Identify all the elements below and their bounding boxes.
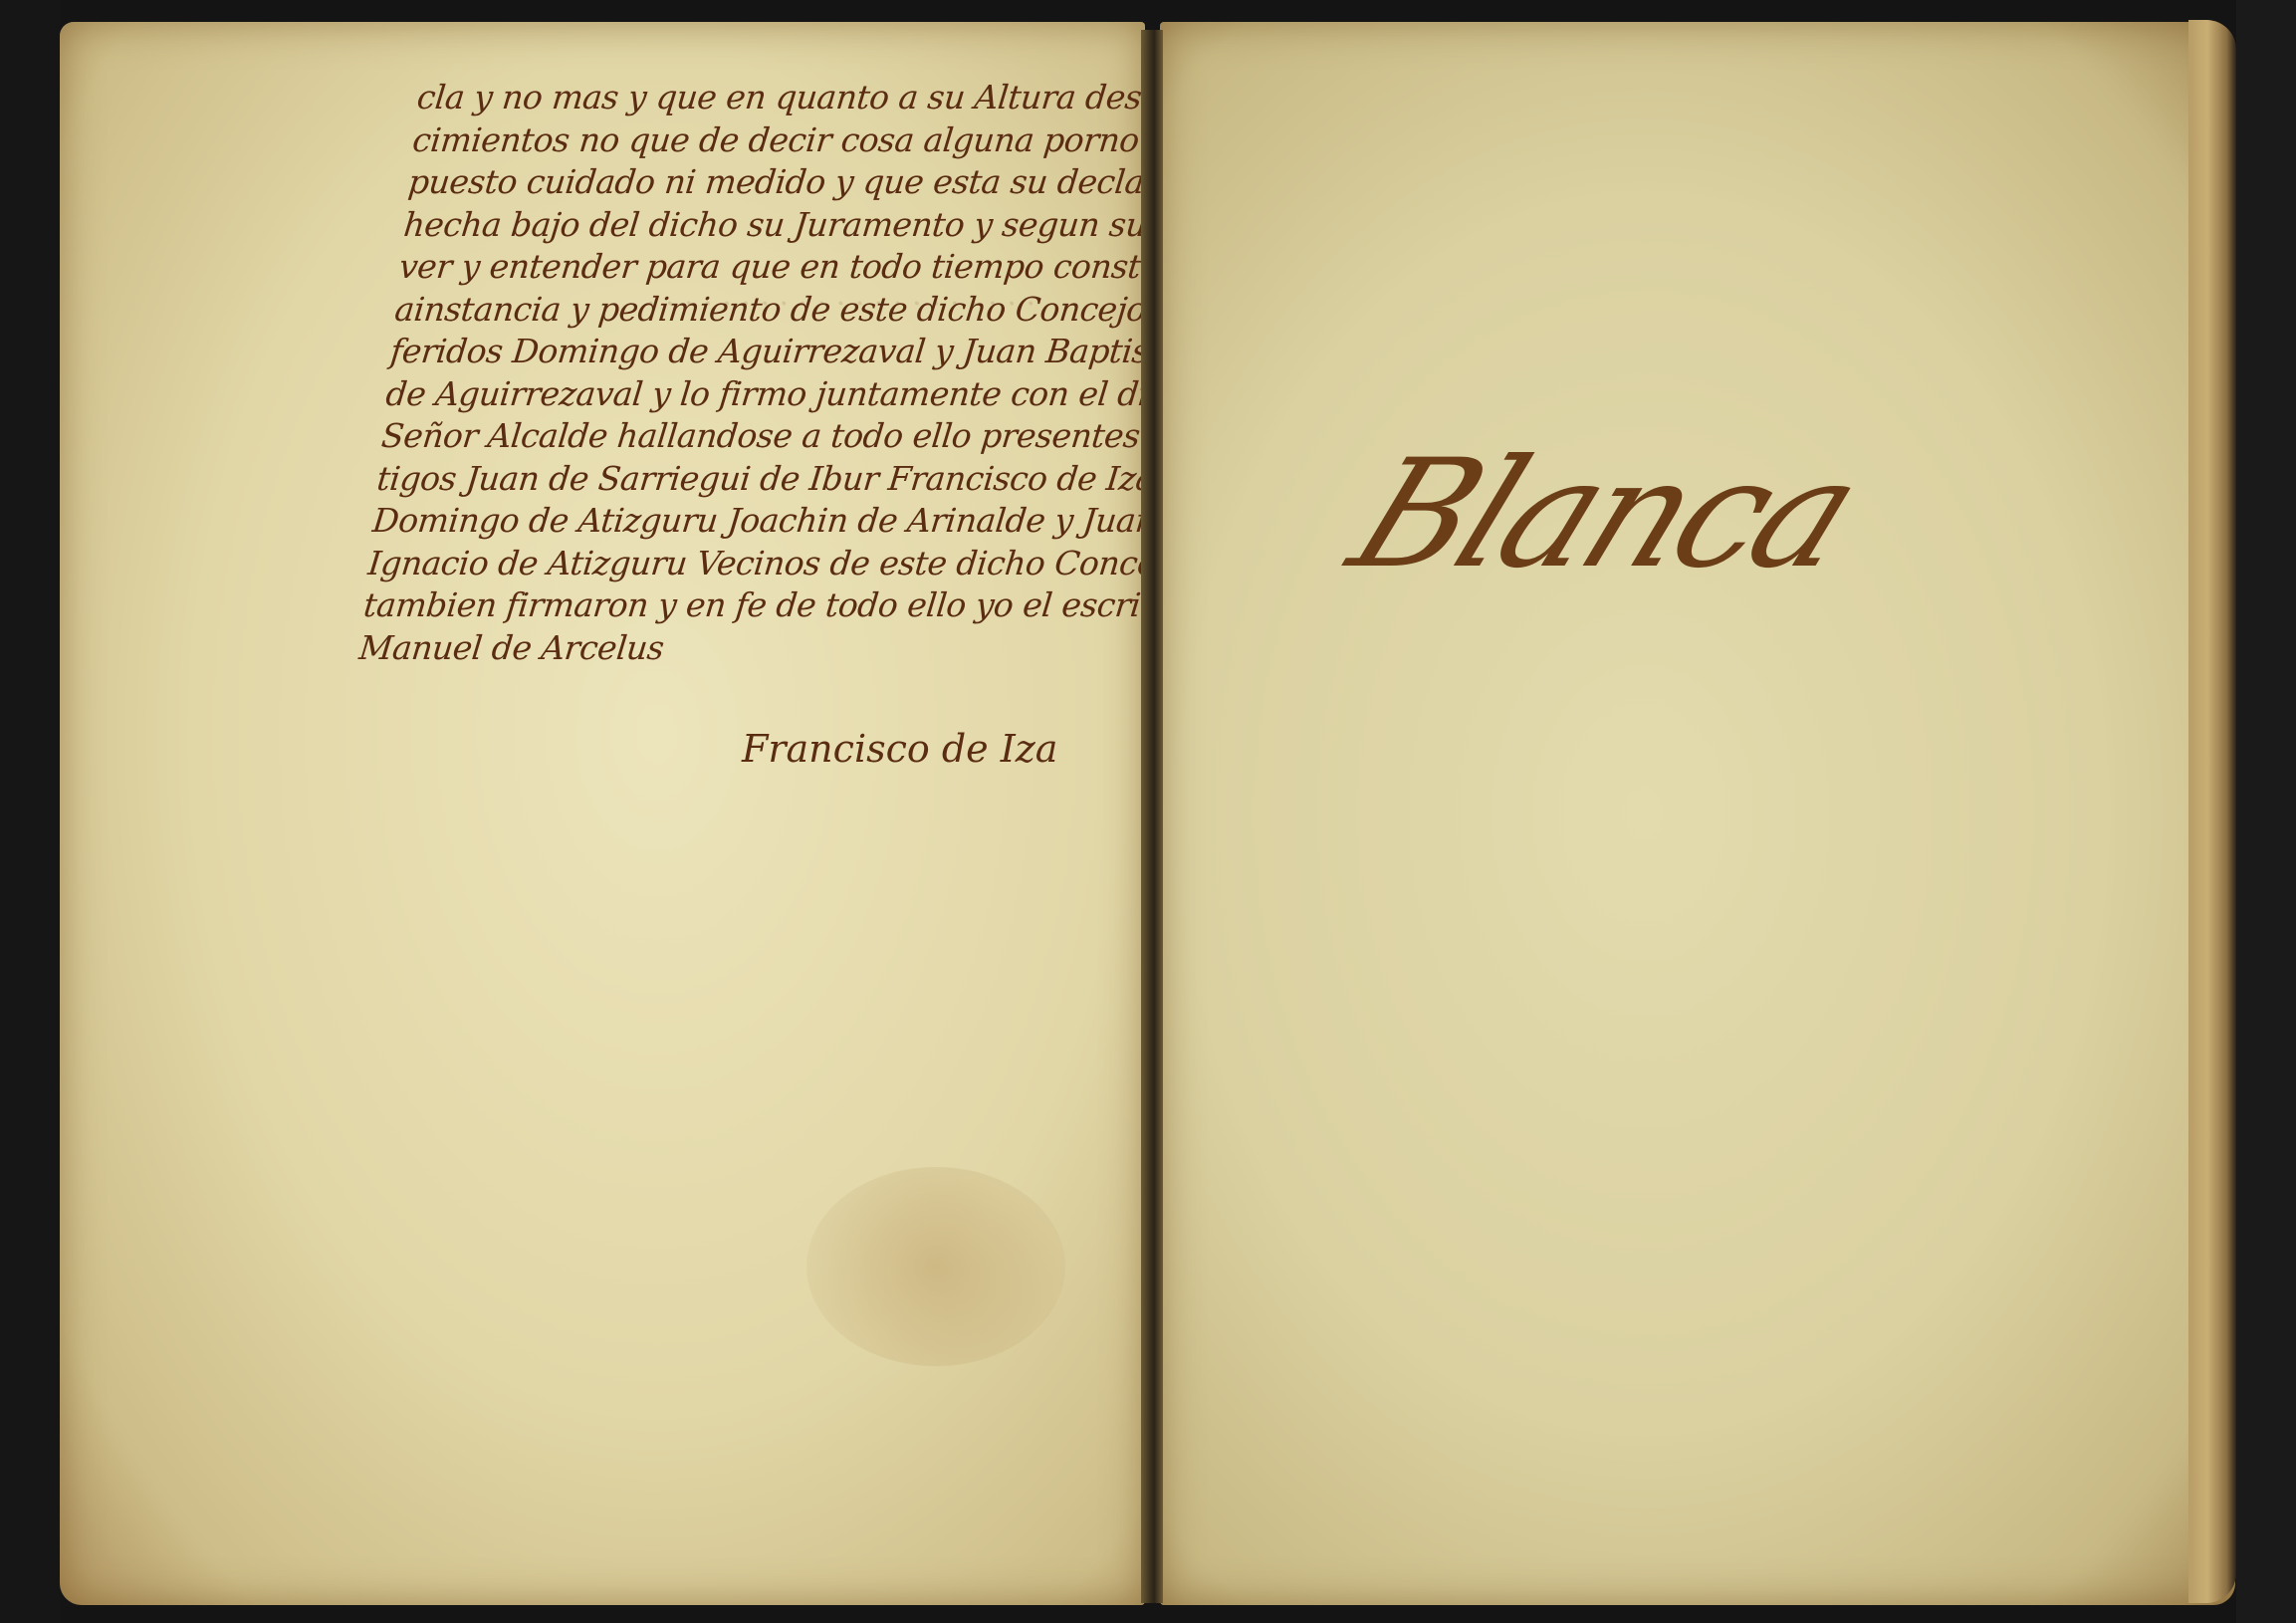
text-line: tigos Juan de Sarriegui de Ibur Francisc…: [375, 458, 1116, 501]
open-manuscript: . . . . . . . . . . . . . . . . . . . . …: [60, 10, 2236, 1613]
text-line: de Aguirrezaval y lo firmo juntamente co…: [384, 373, 1125, 416]
text-line: ainstancia y pedimiento de este dicho Co…: [392, 289, 1133, 332]
text-line: Domingo de Atizguru Joachin de Arinalde …: [370, 500, 1111, 543]
text-line: tambien firmaron y en fe de todo ello yo…: [361, 584, 1102, 627]
text-line: ver y entender para que en todo tiempo c…: [397, 246, 1138, 289]
right-page: [1160, 22, 2235, 1605]
text-line: hecha bajo del dicho su Juramento y segu…: [401, 204, 1142, 247]
text-line: Manuel de Arcelus: [357, 627, 1098, 670]
left-page: . . . . . . . . . . . . . . . . . . . . …: [60, 22, 1145, 1605]
text-line: cla y no mas y que en quanto a su Altura…: [415, 77, 1156, 119]
text-line: Ignacio de Atizguru Vecinos de este dich…: [366, 543, 1107, 585]
blank-page-annotation: Blanca: [1329, 428, 1879, 601]
book-gutter: [1141, 30, 1163, 1603]
scan-background-left: [0, 0, 60, 1623]
signature: Francisco de Iza: [742, 727, 1057, 771]
scan-background-right: [2236, 0, 2296, 1623]
handwritten-text: cla y no mas y que en quanto a su Altura…: [357, 77, 1157, 669]
water-stain: [806, 1167, 1065, 1366]
text-line: feridos Domingo de Aguirrezaval y Juan B…: [388, 331, 1129, 373]
page-edge-layers: [2188, 20, 2236, 1603]
text-line: Señor Alcalde hallandose a todo ello pre…: [379, 415, 1120, 458]
text-line: puesto cuidado ni medido y que esta su d…: [406, 161, 1147, 204]
text-line: cimientos no que de decir cosa alguna po…: [410, 119, 1151, 162]
